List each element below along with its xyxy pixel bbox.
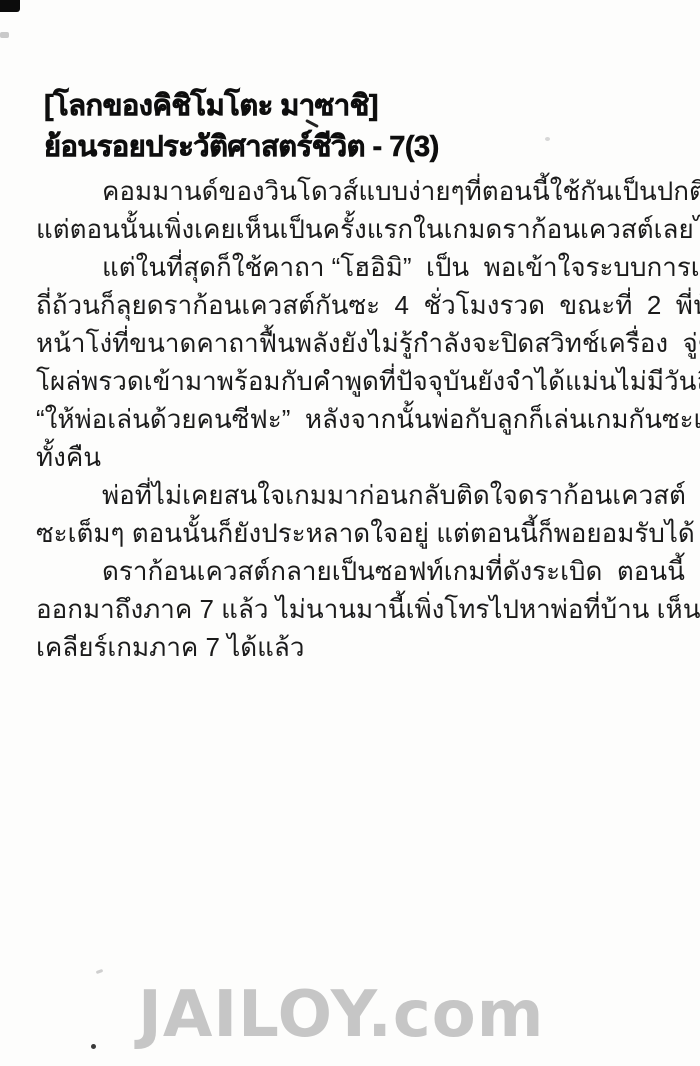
scan-artifact-corner-mark [0, 0, 20, 12]
article-header: [โลกของคิชิโมโตะ มาซาชิ] ย้อนรอยประวัติศ… [44, 86, 664, 168]
scan-artifact-speck [96, 969, 104, 974]
scanned-page: [โลกของคิชิโมโตะ มาซาชิ] ย้อนรอยประวัติศ… [0, 0, 700, 1066]
text-line: แต่ตอนนั้นเพิ่งเคยเห็นเป็นครั้งแรกในเกมด… [36, 210, 666, 248]
text-line: ดราก้อนเควสต์กลายเป็นซอฟท์เกมที่ดังระเบิ… [36, 552, 666, 590]
text-line: เคลียร์เกมภาค 7 ได้แล้ว [36, 628, 666, 666]
scan-artifact-speck [91, 1044, 96, 1049]
text-line: ถี่ถ้วนก็ลุยดราก้อนเควสต์กันซะ 4 ชั่วโมง… [36, 286, 666, 324]
text-line: ซะเต็มๆ ตอนนั้นก็ยังประหลาดใจอยู่ แต่ตอน… [36, 514, 666, 552]
text-line: คอมมานด์ของวินโดวส์แบบง่ายๆที่ตอนนี้ใช้ก… [36, 172, 666, 210]
site-watermark: JAILOY.com [138, 980, 544, 1050]
text-line: ทั้งคืน [36, 438, 666, 476]
text-line: ออกมาถึงภาค 7 แล้ว ไม่นานมานี้เพิ่งโทรไป… [36, 590, 666, 628]
article-body: คอมมานด์ของวินโดวส์แบบง่ายๆที่ตอนนี้ใช้ก… [36, 172, 666, 666]
text-line: พ่อที่ไม่เคยสนใจเกมมาก่อนกลับติดใจดราก้อ… [36, 476, 666, 514]
text-line: โผล่พรวดเข้ามาพร้อมกับคำพูดที่ปัจจุบันยั… [36, 362, 666, 400]
series-title: [โลกของคิชิโมโตะ มาซาชิ] [44, 86, 664, 127]
scan-artifact-edge-dash [0, 32, 9, 38]
chapter-title: ย้อนรอยประวัติศาสตร์ชีวิต - 7(3) [44, 127, 664, 168]
text-line: แต่ในที่สุดก็ใช้คาถา “โฮอิมิ” เป็น พอเข้… [36, 248, 666, 286]
text-line: “ให้พ่อเล่นด้วยคนซีฟะ” หลังจากนั้นพ่อกับ… [36, 400, 666, 438]
text-line: หน้าโง่ที่ขนาดคาถาฟื้นพลังยังไม่รู้กำลัง… [36, 324, 666, 362]
